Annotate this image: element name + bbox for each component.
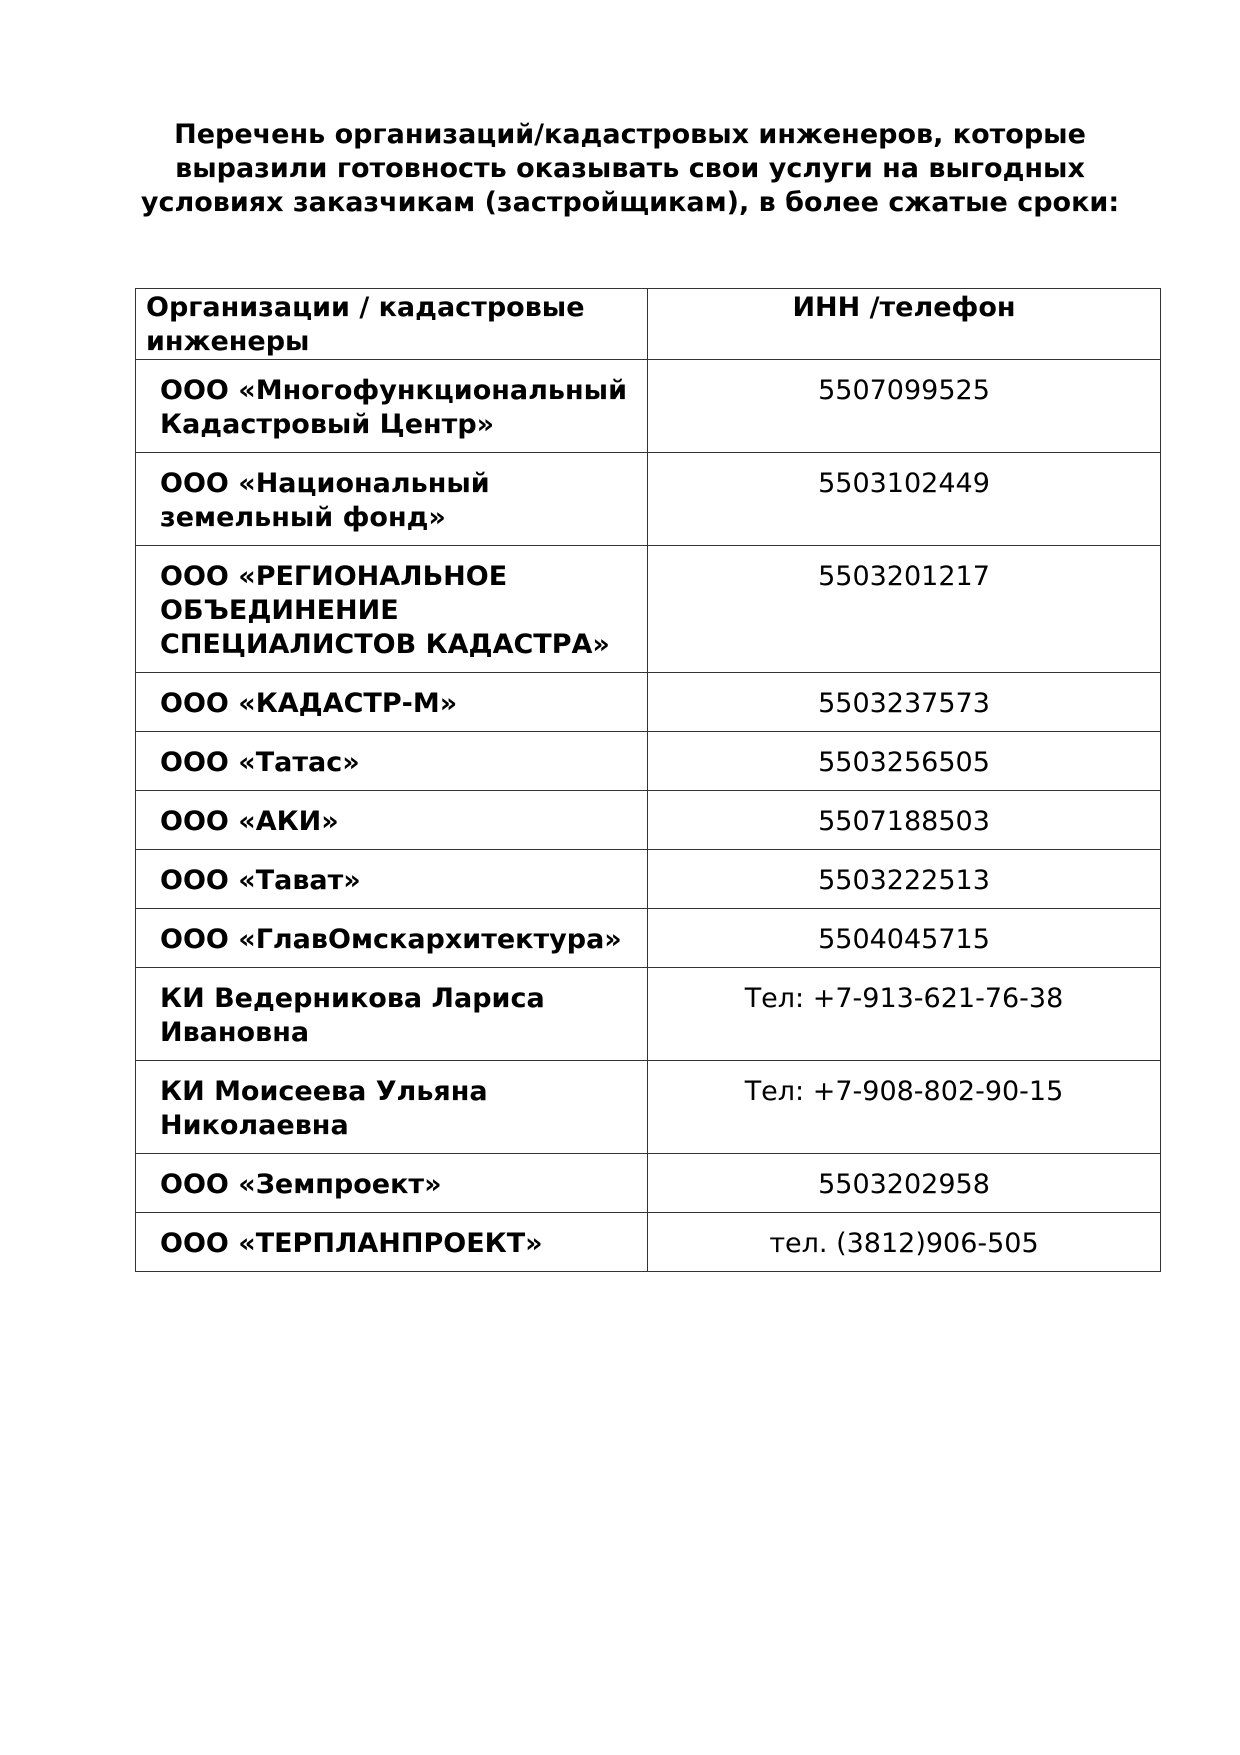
inn-or-phone: 5503202958: [648, 1154, 1161, 1213]
table-row: ООО «РЕГИОНАЛЬНОЕ ОБЪЕДИНЕНИЕ СПЕЦИАЛИСТ…: [136, 546, 1161, 673]
document-title: Перечень организаций/кадастровых инженер…: [140, 118, 1120, 220]
organization-name: ООО «РЕГИОНАЛЬНОЕ ОБЪЕДИНЕНИЕ СПЕЦИАЛИСТ…: [136, 546, 648, 673]
inn-or-phone: 5507099525: [648, 360, 1161, 453]
header-inn-phone: ИНН /телефон: [648, 289, 1161, 360]
organization-name: ООО «Многофункциональный Кадастровый Цен…: [136, 360, 648, 453]
inn-or-phone: 5503201217: [648, 546, 1161, 673]
organization-name: ООО «Земпроект»: [136, 1154, 648, 1213]
organization-name: ООО «АКИ»: [136, 791, 648, 850]
table-row: ООО «Национальный земельный фонд»5503102…: [136, 453, 1161, 546]
organization-name: ООО «КАДАСТР-М»: [136, 673, 648, 732]
organization-name: ООО «Татас»: [136, 732, 648, 791]
table-row: ООО «ГлавОмскархитектура»5504045715: [136, 909, 1161, 968]
header-organization: Организации / кадастровые инженеры: [136, 289, 648, 360]
table-row: ООО «Тават»5503222513: [136, 850, 1161, 909]
organization-name: КИ Ведерникова Лариса Ивановна: [136, 968, 648, 1061]
table-header-row: Организации / кадастровые инженеры ИНН /…: [136, 289, 1161, 360]
inn-or-phone: 5507188503: [648, 791, 1161, 850]
inn-or-phone: 5503222513: [648, 850, 1161, 909]
inn-or-phone: Тел: +7-908-802-90-15: [648, 1061, 1161, 1154]
table-row: КИ Моисеева Ульяна НиколаевнаТел: +7-908…: [136, 1061, 1161, 1154]
table-row: ООО «КАДАСТР-М»5503237573: [136, 673, 1161, 732]
inn-or-phone: 5503102449: [648, 453, 1161, 546]
organization-name: ООО «ГлавОмскархитектура»: [136, 909, 648, 968]
inn-or-phone: Тел: +7-913-621-76-38: [648, 968, 1161, 1061]
table-row: ООО «Многофункциональный Кадастровый Цен…: [136, 360, 1161, 453]
table-row: КИ Ведерникова Лариса ИвановнаТел: +7-91…: [136, 968, 1161, 1061]
organization-name: ООО «Тават»: [136, 850, 648, 909]
table-row: ООО «Земпроект»5503202958: [136, 1154, 1161, 1213]
organization-name: ООО «Национальный земельный фонд»: [136, 453, 648, 546]
table-row: ООО «АКИ»5507188503: [136, 791, 1161, 850]
organizations-table: Организации / кадастровые инженеры ИНН /…: [135, 288, 1161, 1272]
organization-name: КИ Моисеева Ульяна Николаевна: [136, 1061, 648, 1154]
table-row: ООО «Татас»5503256505: [136, 732, 1161, 791]
organization-name: ООО «ТЕРПЛАНПРОЕКТ»: [136, 1213, 648, 1272]
inn-or-phone: тел. (3812)906-505: [648, 1213, 1161, 1272]
inn-or-phone: 5503256505: [648, 732, 1161, 791]
table-row: ООО «ТЕРПЛАНПРОЕКТ»тел. (3812)906-505: [136, 1213, 1161, 1272]
table-body: ООО «Многофункциональный Кадастровый Цен…: [136, 360, 1161, 1272]
inn-or-phone: 5503237573: [648, 673, 1161, 732]
inn-or-phone: 5504045715: [648, 909, 1161, 968]
